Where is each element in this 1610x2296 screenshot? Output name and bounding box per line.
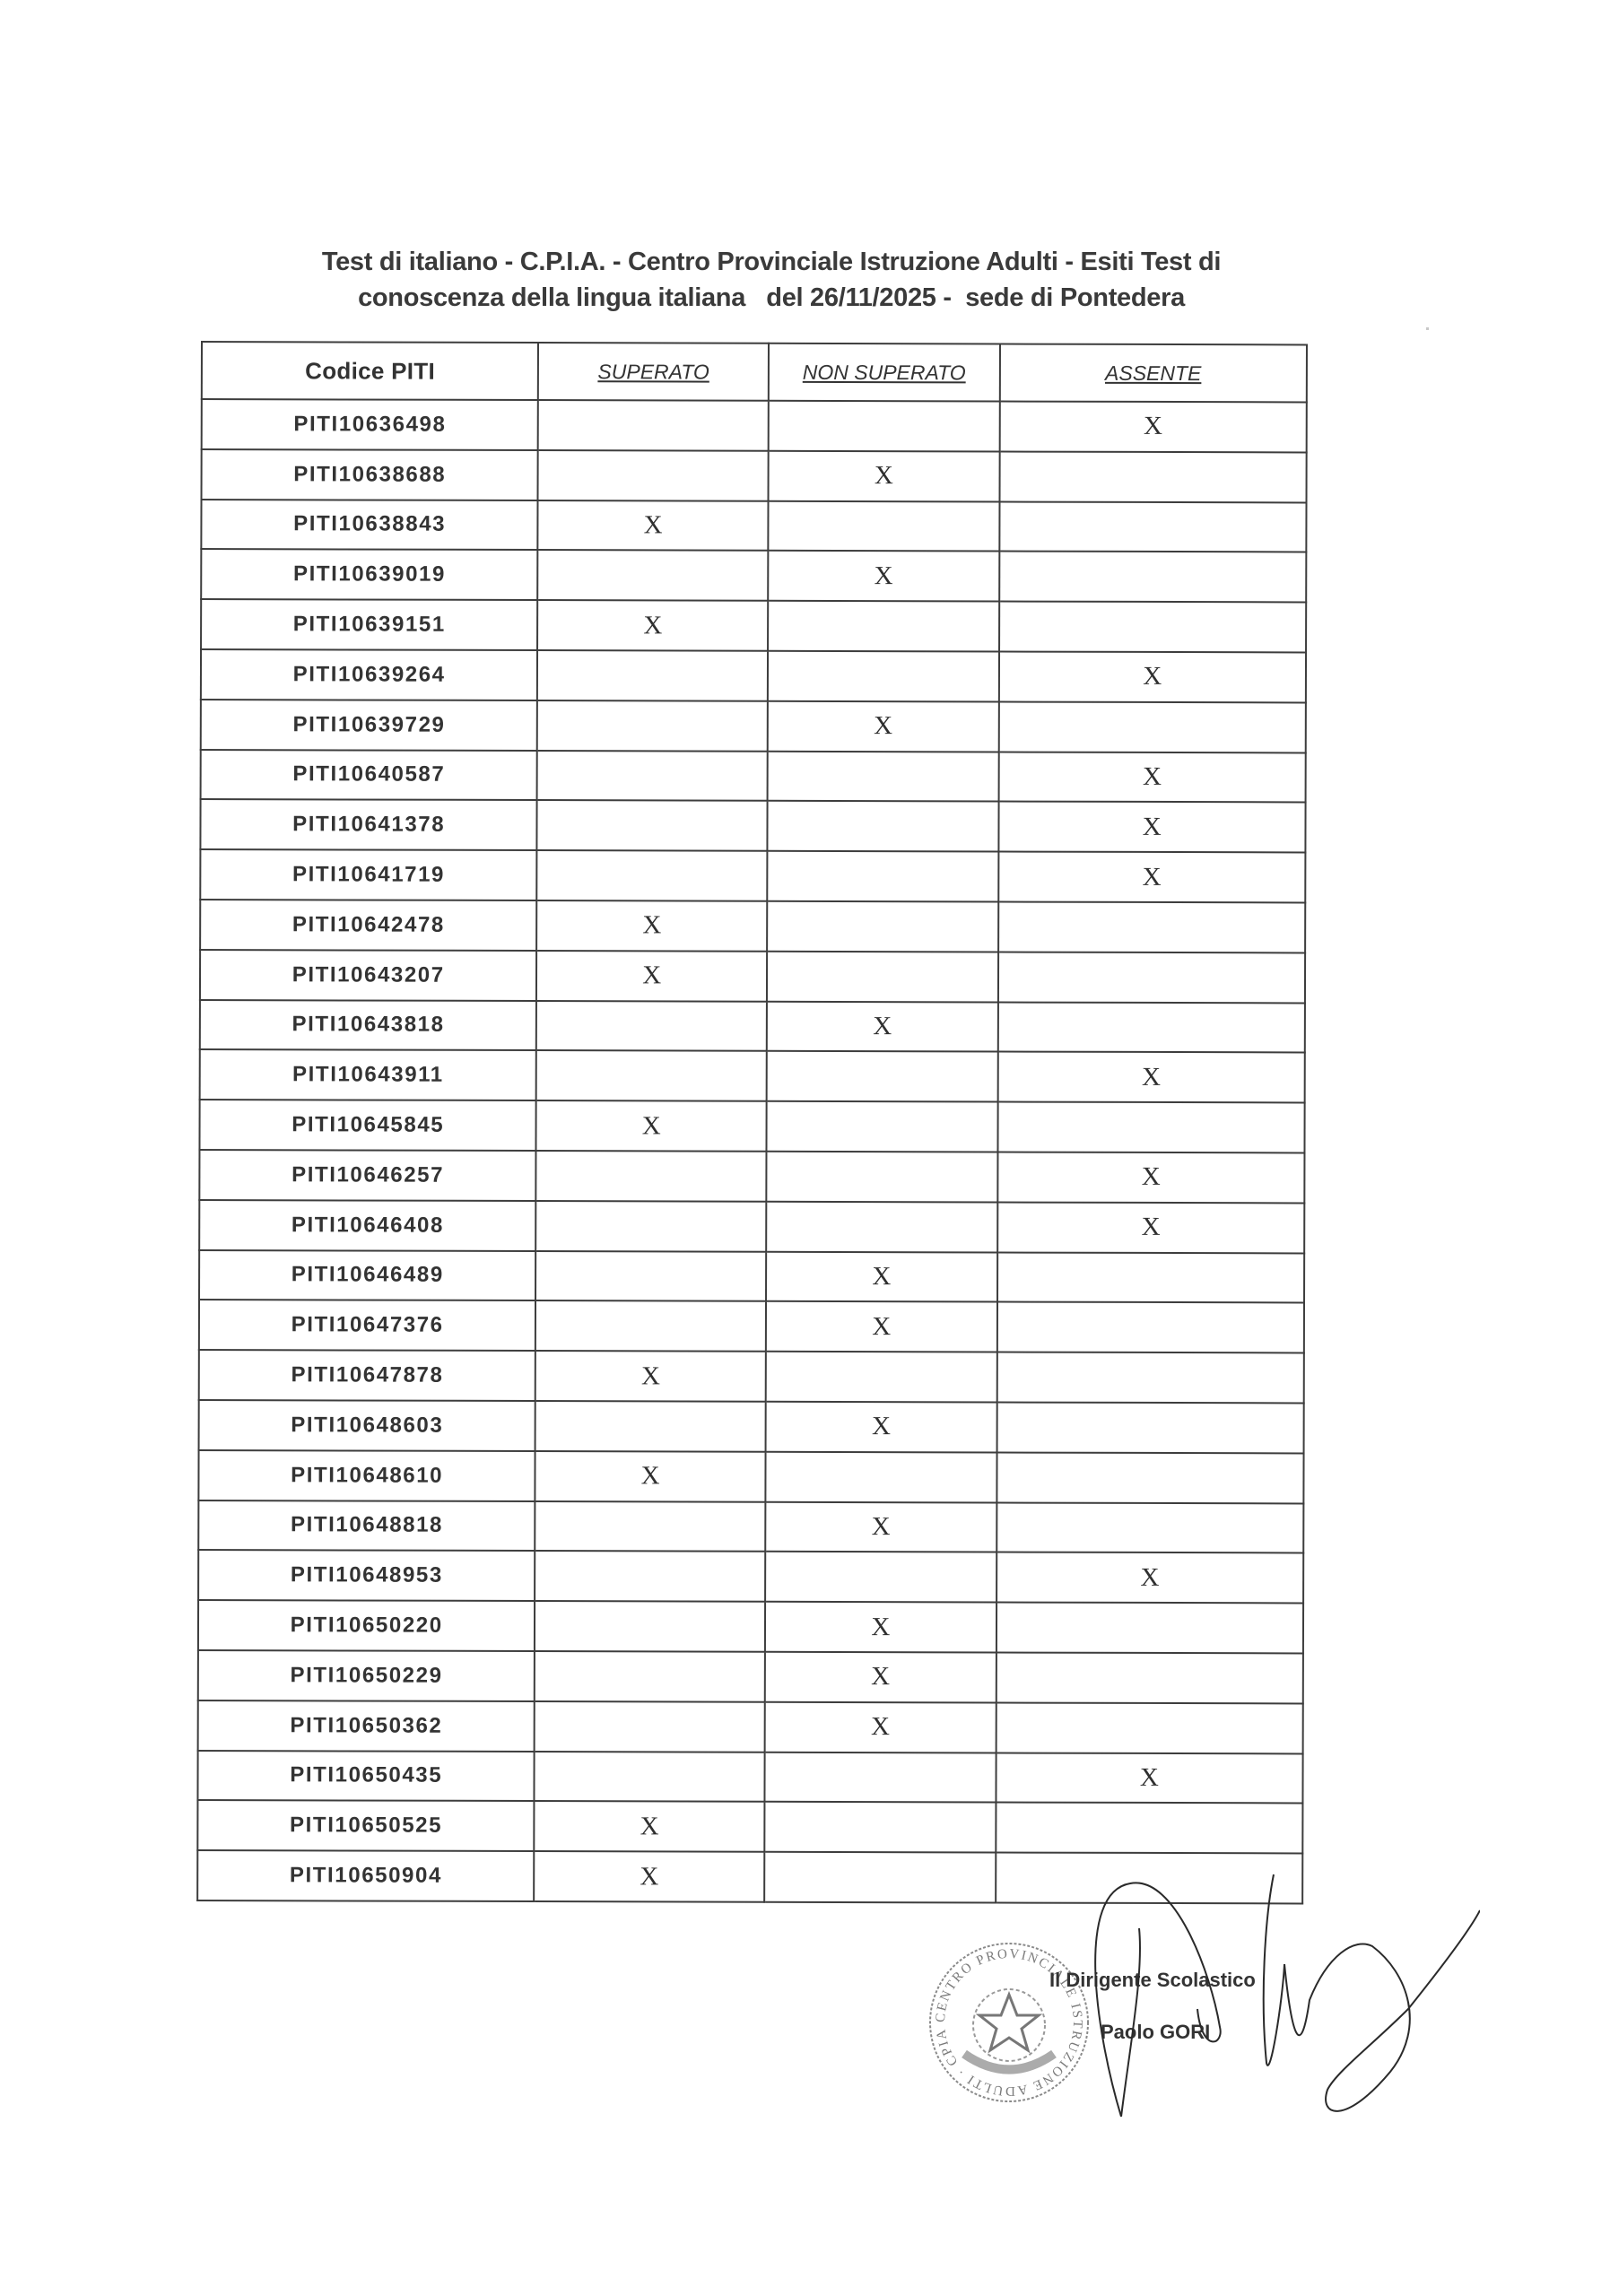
handwritten-signature	[1031, 1865, 1480, 2152]
piti-code: PITI10646489	[199, 1250, 536, 1301]
cell-non-superato	[766, 1352, 997, 1403]
cell-superato	[536, 1001, 767, 1052]
cell-assente: X	[997, 1052, 1305, 1103]
piti-code: PITI10643911	[200, 1049, 537, 1100]
cell-superato	[535, 1300, 766, 1352]
cell-assente	[996, 1803, 1303, 1854]
cell-superato	[535, 1401, 766, 1452]
cell-assente: X	[996, 1552, 1304, 1604]
piti-code: PITI10639019	[201, 549, 538, 600]
header-non-superato: NON SUPERATO	[769, 344, 1000, 402]
cell-non-superato: X	[769, 451, 1000, 502]
cell-non-superato	[767, 952, 998, 1003]
piti-code: PITI10650362	[198, 1700, 535, 1752]
cell-superato	[535, 1752, 765, 1803]
piti-code: PITI10642478	[200, 900, 537, 951]
table-row: PITI10648818X	[198, 1500, 1303, 1553]
table-row: PITI10642478X	[200, 900, 1305, 952]
piti-code: PITI10636498	[202, 399, 539, 450]
piti-code: PITI10647878	[199, 1350, 536, 1401]
cell-non-superato: X	[767, 1001, 998, 1052]
table-row: PITI10639151X	[201, 599, 1306, 652]
table-row: PITI10646257X	[199, 1150, 1304, 1203]
cell-superato: X	[535, 1851, 765, 1902]
cell-non-superato	[767, 901, 998, 952]
cell-superato	[537, 800, 768, 851]
table-row: PITI10643207X	[200, 950, 1305, 1003]
cell-non-superato	[769, 401, 1000, 452]
cell-superato: X	[536, 1100, 767, 1152]
cell-superato: X	[535, 1801, 765, 1852]
table-row: PITI10643818X	[200, 1000, 1305, 1053]
piti-code: PITI10648953	[198, 1550, 535, 1601]
cell-assente: X	[996, 1752, 1303, 1804]
cell-assente	[996, 1603, 1304, 1654]
cell-assente	[996, 1402, 1304, 1453]
cell-assente	[999, 501, 1307, 552]
piti-code: PITI10643818	[200, 1000, 537, 1051]
piti-code: PITI10643207	[200, 950, 537, 1001]
table-row: PITI10641719X	[200, 849, 1305, 902]
cell-non-superato	[764, 1802, 996, 1853]
piti-code: PITI10641378	[200, 799, 537, 850]
cell-superato	[536, 1201, 767, 1252]
cell-superato	[537, 700, 768, 752]
cell-non-superato: X	[765, 1602, 996, 1653]
header-codice-piti: Codice PITI	[202, 342, 539, 400]
table-row: PITI10650362X	[198, 1700, 1303, 1753]
cell-non-superato	[768, 651, 999, 702]
scan-speck	[1426, 327, 1429, 330]
cell-superato: X	[537, 900, 768, 952]
cell-assente: X	[997, 1152, 1305, 1203]
table-row: PITI10638843X	[201, 500, 1306, 552]
table-row: PITI10648610X	[198, 1450, 1303, 1503]
table-row: PITI10650435X	[197, 1751, 1302, 1804]
cell-superato	[535, 1601, 765, 1652]
cell-superato: X	[538, 500, 769, 552]
piti-code: PITI10641719	[200, 849, 537, 900]
cell-non-superato	[764, 1752, 996, 1803]
cell-superato	[537, 650, 768, 701]
cell-assente	[996, 1352, 1304, 1404]
cell-assente	[996, 1502, 1304, 1553]
cell-non-superato	[765, 1552, 996, 1603]
cell-assente	[999, 451, 1307, 502]
piti-code: PITI10638843	[201, 500, 538, 551]
cell-assente	[999, 552, 1307, 603]
cell-assente: X	[998, 752, 1306, 803]
table-row: PITI10639729X	[201, 700, 1306, 752]
piti-code: PITI10639729	[201, 700, 538, 751]
cell-non-superato: X	[766, 1402, 997, 1453]
table-row: PITI10645845X	[199, 1100, 1304, 1152]
cell-non-superato: X	[765, 1652, 996, 1703]
cell-assente	[998, 901, 1306, 952]
table-row: PITI10647376X	[199, 1300, 1304, 1352]
cell-superato: X	[536, 951, 767, 1002]
piti-code: PITI10639264	[201, 649, 538, 700]
table-row: PITI10648603X	[199, 1400, 1304, 1453]
cell-superato	[535, 1501, 766, 1552]
cell-superato	[536, 1151, 767, 1202]
cell-non-superato	[767, 851, 998, 902]
cell-non-superato: X	[768, 701, 999, 752]
table-row: PITI10639264X	[201, 649, 1306, 702]
cell-assente	[996, 1702, 1303, 1753]
cell-assente: X	[999, 651, 1307, 702]
header-assente: ASSENTE	[999, 344, 1307, 402]
cell-assente	[997, 1102, 1305, 1153]
cell-superato	[535, 1551, 765, 1602]
cell-assente	[998, 701, 1306, 752]
cell-superato: X	[537, 600, 768, 651]
table-row: PITI10639019X	[201, 549, 1306, 602]
cell-non-superato: X	[765, 1501, 996, 1552]
piti-code: PITI10647376	[199, 1300, 536, 1351]
cell-superato	[537, 850, 768, 901]
piti-code: PITI10648818	[198, 1500, 535, 1552]
table-row: PITI10646408X	[199, 1200, 1304, 1253]
table-header-row: Codice PITI SUPERATO NON SUPERATO ASSENT…	[202, 342, 1307, 402]
cell-superato	[538, 550, 769, 601]
table-row: PITI10638688X	[202, 449, 1307, 502]
table-row: PITI10646489X	[199, 1250, 1304, 1303]
results-body: PITI10636498XPITI10638688XPITI10638843XP…	[197, 399, 1307, 1903]
cell-assente	[997, 1002, 1305, 1053]
cell-assente: X	[998, 852, 1306, 903]
table-row: PITI10650229X	[198, 1650, 1303, 1703]
page-title: Test di italiano - C.P.I.A. - Centro Pro…	[179, 244, 1363, 316]
cell-assente: X	[998, 802, 1306, 853]
cell-assente	[996, 1652, 1303, 1703]
piti-code: PITI10650229	[198, 1650, 535, 1701]
cell-superato: X	[535, 1351, 766, 1402]
table-row: PITI10650220X	[198, 1600, 1303, 1653]
cell-non-superato	[767, 1101, 998, 1152]
table-row: PITI10648953X	[198, 1550, 1303, 1603]
table-row: PITI10650525X	[197, 1800, 1302, 1853]
title-line-1: Test di italiano - C.P.I.A. - Centro Pro…	[179, 244, 1363, 280]
cell-non-superato	[768, 751, 999, 802]
cell-assente	[997, 1252, 1305, 1303]
header-superato: SUPERATO	[538, 343, 769, 401]
cell-non-superato	[766, 1152, 997, 1203]
cell-assente	[998, 952, 1306, 1003]
piti-code: PITI10646257	[199, 1150, 536, 1201]
piti-code: PITI10648603	[199, 1400, 536, 1451]
cell-superato	[535, 1651, 765, 1702]
cell-assente	[996, 1452, 1304, 1503]
table-row: PITI10640587X	[201, 750, 1306, 803]
cell-superato	[538, 400, 769, 451]
cell-superato	[537, 751, 768, 802]
cell-superato	[535, 1251, 766, 1302]
cell-superato	[536, 1050, 767, 1101]
cell-non-superato	[767, 1051, 998, 1102]
cell-non-superato	[768, 500, 999, 552]
cell-assente	[999, 602, 1307, 653]
cell-assente: X	[999, 401, 1307, 452]
table-row: PITI10641378X	[200, 799, 1305, 852]
cell-non-superato	[764, 1852, 996, 1903]
piti-code: PITI10638688	[202, 449, 539, 500]
table-row: PITI10636498X	[202, 399, 1307, 452]
piti-code: PITI10640587	[201, 750, 538, 801]
cell-non-superato: X	[766, 1301, 997, 1352]
cell-superato	[535, 1701, 765, 1752]
piti-code: PITI10650525	[197, 1800, 535, 1851]
piti-code: PITI10646408	[199, 1200, 536, 1251]
cell-non-superato: X	[768, 551, 999, 602]
cell-superato	[538, 450, 769, 501]
cell-non-superato	[767, 801, 998, 852]
cell-assente: X	[997, 1202, 1305, 1253]
piti-code: PITI10648610	[198, 1450, 535, 1501]
table-row: PITI10643911X	[200, 1049, 1305, 1102]
results-table: Codice PITI SUPERATO NON SUPERATO ASSENT…	[196, 341, 1308, 1904]
table-row: PITI10647878X	[199, 1350, 1304, 1403]
cell-non-superato	[768, 601, 999, 652]
piti-code: PITI10645845	[199, 1100, 536, 1151]
title-line-2: conoscenza della lingua italiana del 26/…	[179, 280, 1363, 316]
piti-code: PITI10639151	[201, 599, 538, 650]
cell-non-superato: X	[765, 1701, 996, 1752]
piti-code: PITI10650220	[198, 1600, 535, 1651]
cell-non-superato: X	[766, 1251, 997, 1302]
piti-code: PITI10650904	[197, 1850, 535, 1901]
cell-assente	[996, 1302, 1304, 1353]
piti-code: PITI10650435	[197, 1751, 535, 1802]
cell-non-superato	[765, 1451, 996, 1502]
cell-non-superato	[766, 1202, 997, 1253]
cell-superato: X	[535, 1451, 766, 1502]
